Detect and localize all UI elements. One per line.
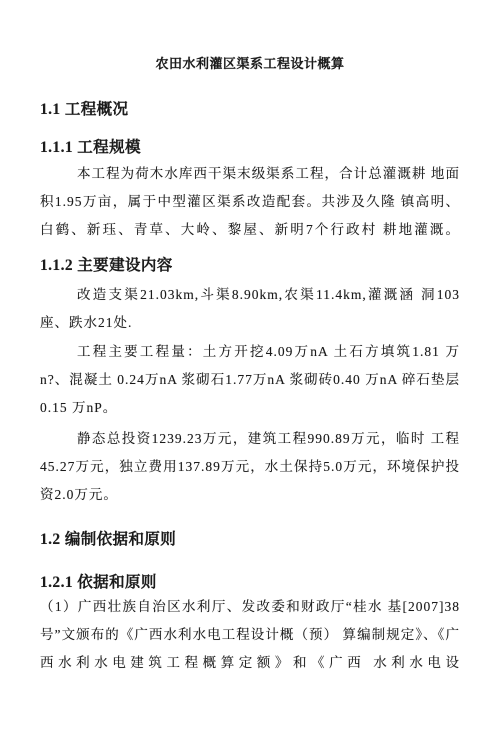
heading-1-2-compilation-basis: 1.2 编制依据和原则 xyxy=(40,530,460,550)
paragraph-investment-summary: 静态总投资1239.23万元，建筑工程990.89万元，临时 工程45.27万元… xyxy=(40,425,460,509)
paragraph-work-quantities: 工程主要工程量：土方开挖4.09万nA 土石方填筑1.81 万n?、混凝土 0.… xyxy=(40,338,460,422)
document-title: 农田水利灌区渠系工程设计概算 xyxy=(40,53,460,74)
paragraph-basis-item-1: （1）广西壮族自治区水利厅、发改委和财政厅“桂水 基[2007]38号”文颁布的… xyxy=(40,593,460,677)
heading-1-1-2-main-construction: 1.1.2 主要建设内容 xyxy=(40,256,460,276)
paragraph-construction-scope: 改造支渠21.03km,斗渠8.90km,农渠11.4km,灌溉涵 洞103座、… xyxy=(40,281,460,337)
heading-1-2-1-basis-principles: 1.2.1 依据和原则 xyxy=(40,573,460,593)
heading-1-1-project-overview: 1.1 工程概况 xyxy=(40,100,460,120)
heading-1-1-1-project-scale: 1.1.1 工程规模 xyxy=(40,138,460,158)
paragraph-project-overview: 本工程为荷木水库西干渠末级渠系工程，合计总灌溉耕 地面积1.95万亩，属于中型灌… xyxy=(40,160,460,244)
document-page: 农田水利灌区渠系工程设计概算 1.1 工程概况 1.1.1 工程规模 本工程为荷… xyxy=(0,0,500,736)
